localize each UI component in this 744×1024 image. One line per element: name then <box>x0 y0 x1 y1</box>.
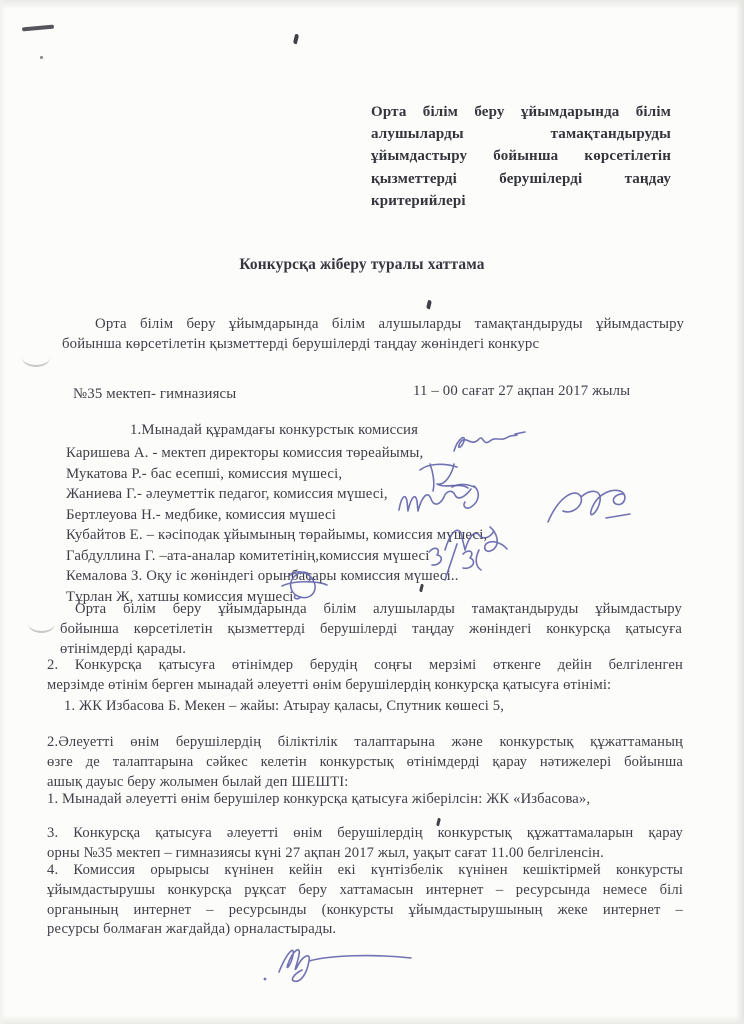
commission-member-row: Габдуллина Г. –ата-аналар комитетінің,ко… <box>66 546 706 567</box>
paragraph-line: 2.Әлеуетті өнім берушілердің біліктілік … <box>47 733 683 753</box>
protocol-datetime: 11 – 00 сағат 27 ақпан 2017 жылы <box>413 383 630 400</box>
commission-heading: 1.Мынадай құрамдағы конкурстык комиссия <box>130 422 418 439</box>
signature-bertleuova <box>395 480 493 520</box>
paragraph-line: ұйымдастырушы конкурсқа рұқсат беру хатт… <box>47 881 683 901</box>
signature-kemalova <box>420 539 484 583</box>
paragraph-publication: 4. Комиссия орырысы күнінен кейін екі кү… <box>47 861 683 940</box>
paragraph-admitted-supplier: 1. Мынадай әлеуетті өнім берушілер конку… <box>47 790 683 810</box>
paragraph-line: органының интернет – ресурсынды (конкурс… <box>47 901 683 921</box>
commission-member-row: Мукатова Р.- бас есепші, комиссия мүшесі… <box>66 464 706 485</box>
scan-edge-bottom <box>0 1015 744 1024</box>
paragraph-line: 3. Конкурсқа қатысуға әлеуетті өнім беру… <box>47 824 683 844</box>
scan-artifact-comma <box>293 34 299 45</box>
scanned-document-page: Орта білім беру ұйымдарында білімалушыла… <box>0 0 744 1024</box>
paragraph-line: 2. Конкурсқа қатысуға өтінімдер берудің … <box>47 656 683 676</box>
intro-paragraph: Орта білім беру ұйымдарында білім алушыл… <box>62 314 684 354</box>
paragraph-line: Орта білім беру ұйымдарында білім алушыл… <box>62 314 684 334</box>
document-header-block: Орта білім беру ұйымдарында білімалушыла… <box>371 101 671 212</box>
scan-artifact-curve <box>28 614 55 633</box>
paragraph-line: бойынша көрсетілетін қызметтерді берушіл… <box>62 334 684 354</box>
paragraph-decision: 2.Әлеуетті өнім берушілердің біліктілік … <box>47 733 683 792</box>
document-title: Конкурсқа жіберу туралы хаттама <box>0 256 724 274</box>
signature-karisheva <box>451 429 529 461</box>
signature-turlan <box>276 565 332 603</box>
scan-artifact-dot <box>40 56 43 59</box>
scan-edge-left <box>0 0 6 1024</box>
paragraph-line: 1. Мынадай әлеуетті өнім берушілер конку… <box>47 790 683 810</box>
paragraph-review-place: 3. Конкурсқа қатысуға әлеуетті өнім беру… <box>47 824 683 864</box>
scan-artifact-curve <box>22 348 50 367</box>
signature-bottom <box>255 936 417 984</box>
scan-edge-top <box>0 0 744 9</box>
paragraph-deadline: 2. Конкурсқа қатысуға өтінімдер берудің … <box>47 656 683 696</box>
commission-member-row: Кубайтов Е. – кәсіподак ұйымының төрайым… <box>66 525 706 546</box>
paragraph-line: 1. ЖК Избасова Б. Мекен – жайы: Атырау қ… <box>64 697 684 717</box>
commission-member-row: Каришева А. - мектеп директоры комиссия … <box>66 443 706 464</box>
paragraph-line: Орта білім беру ұйымдарында білім <box>371 101 671 123</box>
paragraph-applications-reviewed: Орта білім беру ұйымдарында білім алушыл… <box>60 600 682 659</box>
paragraph-supplier-item: 1. ЖК Избасова Б. Мекен – жайы: Атырау қ… <box>64 697 684 717</box>
scan-artifact-dash <box>22 25 54 32</box>
paragraph-line: 4. Комиссия орырысы күнінен кейін екі кү… <box>47 861 683 881</box>
paragraph-line: алушыларды тамақтандыруды <box>371 123 671 145</box>
paragraph-line: мерзімде өтінім берген мынадай әлеуетті … <box>47 676 683 696</box>
paragraph-line: бойынша көрсетілетін қызметтерді берушіл… <box>60 620 682 640</box>
paragraph-line: өзге де талаптарына сәйкес келетін конку… <box>47 753 683 773</box>
paragraph-line: критерийлері <box>371 190 671 212</box>
signature-kubaitov <box>540 482 640 528</box>
scan-artifact-comma <box>426 300 432 310</box>
paragraph-line: Орта білім беру ұйымдарында білім алушыл… <box>60 600 682 620</box>
paragraph-line: ұйымдастыру бойынша көрсетілетін <box>371 145 671 167</box>
paragraph-line: қызметтерді берушілерді таңдау <box>371 168 671 190</box>
scan-edge-right <box>736 0 744 1024</box>
school-name: №35 мектеп- гимназиясы <box>73 386 236 403</box>
commission-member-row: Кемалова З. Оқу іс жөніндегі орынбасары … <box>66 566 706 587</box>
